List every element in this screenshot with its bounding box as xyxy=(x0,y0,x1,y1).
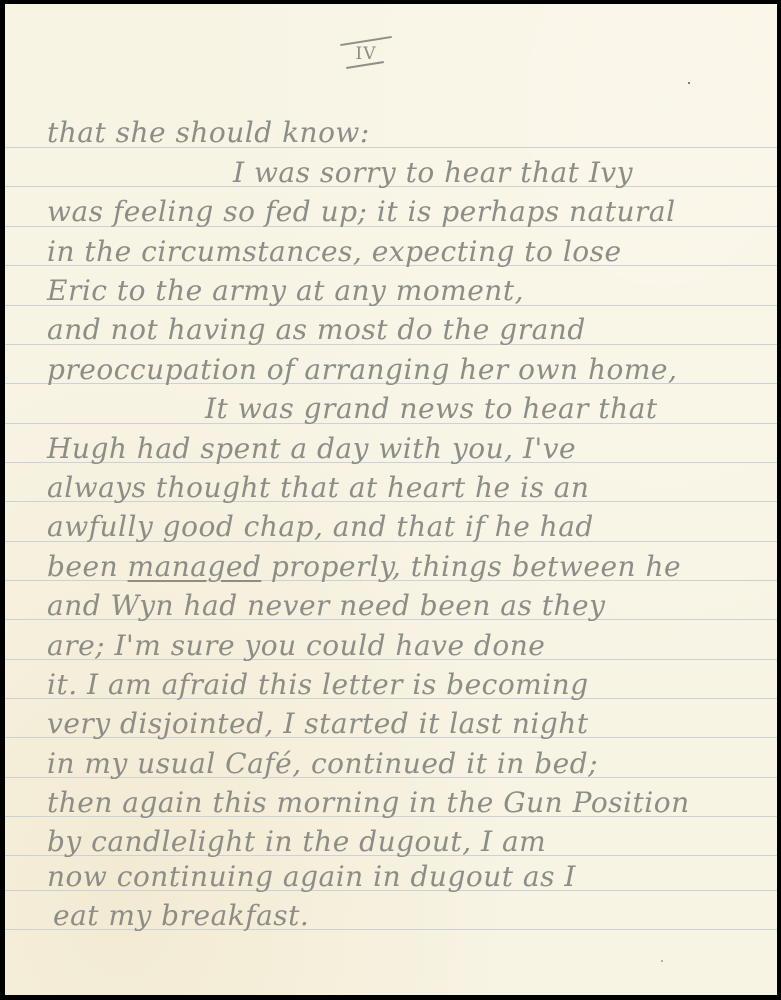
letter-line-18: then again this morning in the Gun Posit… xyxy=(47,786,767,820)
letter-line-12: been managed properly, things between he xyxy=(47,550,767,584)
letter-page: IV that she should know: I was sorry to … xyxy=(5,4,777,995)
letter-line-4: in the circumstances, expecting to lose xyxy=(47,235,767,269)
letter-line-20: now continuing again in dugout as I xyxy=(47,860,767,894)
letter-line-16: very disjointed, I started it last night xyxy=(47,707,767,741)
paper-speck xyxy=(688,82,690,84)
letter-line-14: are; I'm sure you could have done xyxy=(47,629,767,663)
letter-line-1: that she should know: xyxy=(47,116,767,150)
letter-line-9: Hugh had spent a day with you, I've xyxy=(47,432,767,466)
letter-line-11: awfully good chap, and that if he had xyxy=(47,510,767,544)
letter-line-5: Eric to the army at any moment, xyxy=(47,274,767,308)
letter-line-2: I was sorry to hear that Ivy xyxy=(233,156,781,190)
letter-line-6: and not having as most do the grand xyxy=(47,313,767,347)
underlined-word: managed xyxy=(128,550,262,583)
letter-line-21: eat my breakfast. xyxy=(53,899,773,933)
letter-line-3: was feeling so fed up; it is perhaps nat… xyxy=(47,195,767,229)
paper-speck xyxy=(661,960,663,962)
letter-line-12-start: been xyxy=(47,550,118,583)
letter-line-19: by candlelight in the dugout, I am xyxy=(47,825,767,859)
letter-line-13: and Wyn had never need been as they xyxy=(47,589,767,623)
letter-line-12-rest: properly, things between he xyxy=(271,550,681,583)
letter-line-8: It was grand news to hear that xyxy=(205,392,781,426)
letter-line-17: in my usual Café, continued it in bed; xyxy=(47,747,767,781)
letter-line-7: preoccupation of arranging her own home, xyxy=(47,353,767,387)
page-number: IV xyxy=(340,38,392,64)
letter-line-10: always thought that at heart he is an xyxy=(47,471,767,505)
letter-line-15: it. I am afraid this letter is becoming xyxy=(47,668,767,702)
